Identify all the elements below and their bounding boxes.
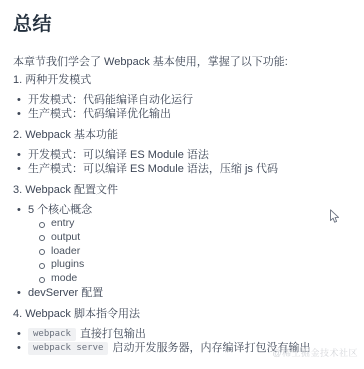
section-title-2: 2. Webpack 基本功能 — [13, 128, 350, 142]
list-item-text: 直接打包输出 — [80, 328, 146, 340]
section-title-4: 4. Webpack 脚本指令用法 — [13, 307, 350, 321]
list-item: devServer 配置 — [28, 286, 350, 300]
section-2-list: 开发模式：可以编译 ES Module 语法 生产模式：可以编译 ES Modu… — [13, 148, 350, 176]
list-item: 开发模式：可以编译 ES Module 语法 — [28, 148, 350, 162]
inline-code: webpack — [28, 328, 76, 341]
section-title-3: 3. Webpack 配置文件 — [13, 183, 350, 197]
section-title-1: 1. 两种开发模式 — [13, 73, 350, 87]
sublist-item: plugins — [37, 258, 350, 272]
list-item: 5 个核心概念 entry output loader plugins mode — [28, 203, 350, 286]
sublist-item: output — [37, 231, 350, 245]
inline-code: webpack serve — [28, 342, 108, 355]
list-item: webpack直接打包输出 — [28, 327, 350, 341]
juejin-watermark: @稀土掘金技术社区 — [272, 346, 358, 359]
sublist-item: entry — [37, 217, 350, 231]
list-item: 生产模式：可以编译 ES Module 语法，压缩 js 代码 — [28, 162, 350, 176]
intro-paragraph: 本章节我们学会了 Webpack 基本使用，掌握了以下功能: — [13, 55, 350, 69]
sublist-item: mode — [37, 272, 350, 286]
list-item: 生产模式：代码编译优化输出 — [28, 107, 350, 121]
list-item: 开发模式：代码能编译自动化运行 — [28, 93, 350, 107]
core-concepts-sublist: entry output loader plugins mode — [28, 217, 350, 286]
sublist-item: loader — [37, 245, 350, 259]
section-1-list: 开发模式：代码能编译自动化运行 生产模式：代码编译优化输出 — [13, 93, 350, 121]
section-3-list: 5 个核心概念 entry output loader plugins mode… — [13, 203, 350, 300]
page-title: 总结 — [13, 14, 350, 36]
list-item-text: 5 个核心概念 — [28, 204, 92, 216]
article-body: 总结 本章节我们学会了 Webpack 基本使用，掌握了以下功能: 1. 两种开… — [0, 0, 364, 355]
